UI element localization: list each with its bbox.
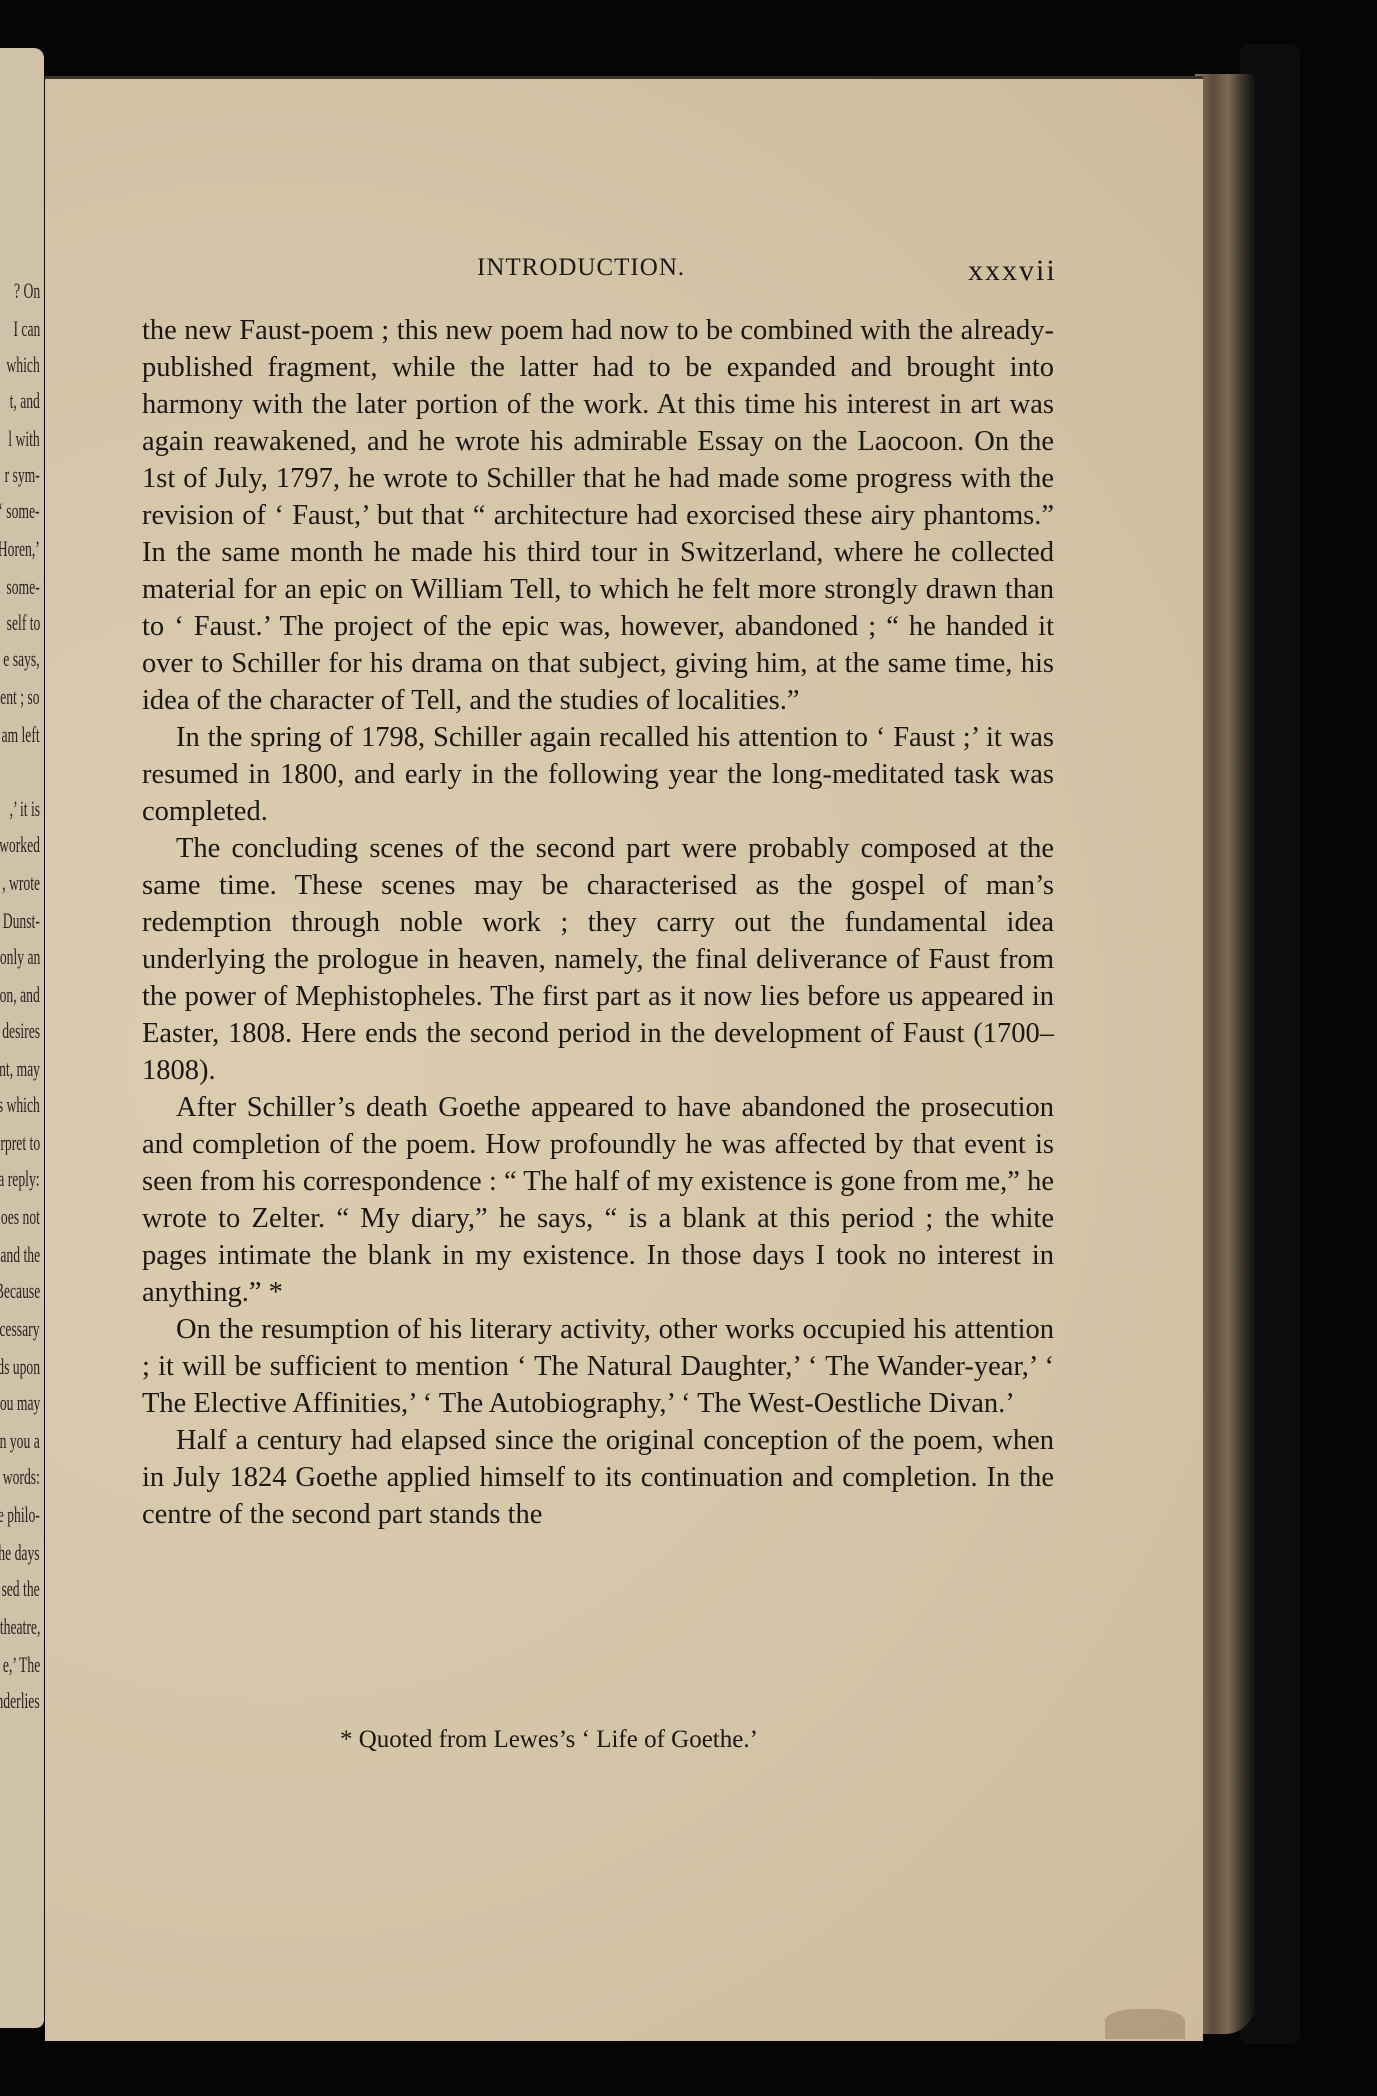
facing-page-fragment: sed the [2,1576,40,1602]
facing-page-fragment: e says, [4,646,40,672]
paragraph: After Schiller’s death Goethe appeared t… [142,1089,1054,1311]
facing-page-fragment: , wrote [2,870,40,896]
facing-page-fragment: am left [2,722,40,748]
paragraph: the new Faust-poem ; this new poem had n… [142,312,1054,719]
page-number: xxxvii [968,254,1057,288]
facing-page-fragment: and the [0,1242,40,1268]
facing-page-fragment: theatre, [0,1614,40,1640]
facing-page-fragment: ent ; so [1,684,40,710]
facing-page-fragment: t, and [10,388,40,414]
facing-page-fragment: Because [0,1278,40,1304]
facing-page-fragment: s which [0,1092,40,1118]
facing-page-fragment: self to [6,610,40,636]
footnote: * Quoted from Lewes’s ‘ Life of Goethe.’ [340,1726,758,1754]
facing-page-fragment: worked [0,832,40,858]
paragraph: Half a century had elapsed since the ori… [142,1422,1054,1533]
facing-page-fragment: only an [0,944,40,970]
page-stack-edge [1195,74,1255,2034]
facing-page-fragment: ‘ some- [0,498,40,524]
facing-page-fragment: he days [0,1540,40,1566]
facing-page-fragment: on, and [0,982,40,1008]
paragraph: In the spring of 1798, Schiller again re… [142,719,1054,830]
body-text: the new Faust-poem ; this new poem had n… [142,312,1054,1533]
facing-page-fragment: Dunst- [3,908,40,934]
facing-page-fragment: ecessary [0,1316,40,1342]
facing-page-fragment: n you a [0,1428,40,1454]
facing-page-left: ? OnI canwhicht, andl withr sym-‘ some-H… [0,48,44,2028]
facing-page-fragment: I can [13,316,40,342]
facing-page-fragment: Horen,’ [0,536,40,562]
facing-page-fragment: e,’ The [3,1652,40,1678]
facing-page-fragment: desires [2,1018,40,1044]
running-head: INTRODUCTION. xxxvii [0,254,1377,284]
facing-page-fragment: r sym- [5,462,40,488]
facing-page-fragment: you may [0,1390,40,1416]
facing-page-fragment: ,’ it is [10,796,40,822]
facing-page-fragment: nderlies [0,1688,40,1714]
facing-page-fragment: e philo- [0,1502,40,1528]
facing-page-fragment: rpret to [0,1130,40,1156]
running-head-title: INTRODUCTION. [477,254,685,282]
facing-page-fragment: a reply: [0,1166,40,1192]
page-stain [1105,2009,1185,2039]
facing-page-fragment: nt, may [0,1056,40,1082]
facing-page-fragment: some- [7,574,40,600]
facing-page-fragment: oes not [1,1204,40,1230]
paragraph: On the resumption of his literary activi… [142,1311,1054,1422]
facing-page-fragment: words: [3,1464,40,1490]
facing-page-fragment: which [7,352,40,378]
facing-page-fragment: ds upon [0,1354,40,1380]
facing-page-fragment: l with [9,426,40,452]
paragraph: The concluding scenes of the second part… [142,830,1054,1089]
